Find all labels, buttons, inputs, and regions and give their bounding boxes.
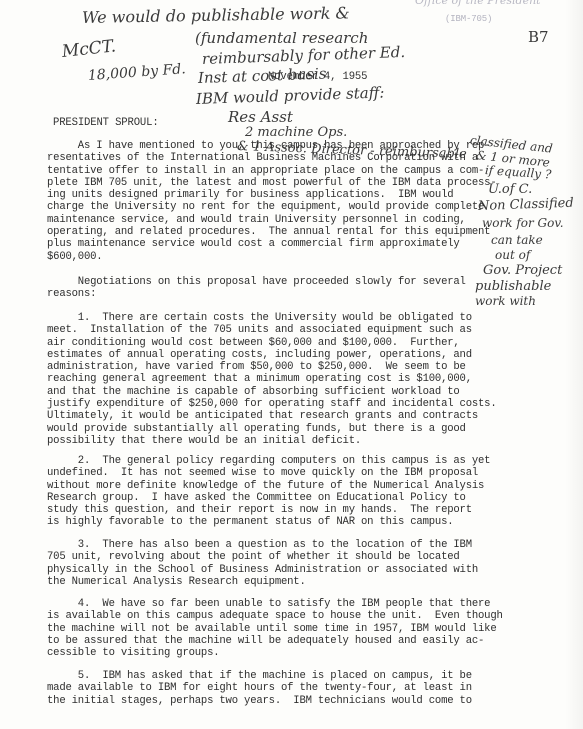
paragraph-point-4: 4. We have so far been unable to satisfy… [47,598,477,659]
handwritten-note: 18,000 by Fd. [87,61,186,84]
paragraph-negotiations: Negotiations on this proposal have proce… [47,276,477,301]
text-line: resentatives of the International Busine… [47,152,477,164]
text-line: and that the machine is capable of absor… [47,386,477,398]
handwritten-note: Res Asst [228,108,293,126]
margin-note: out of [495,248,530,262]
margin-note: Non Classified [478,196,574,214]
text-line: to be assured that the machine will be a… [47,635,477,647]
handwritten-note: 2 machine Ops. [245,125,347,140]
text-line: the machine will not be available until … [47,623,477,635]
text-line: estimates of annual operating costs, inc… [47,349,477,361]
text-line: the initial stages, perhaps two years. I… [47,695,477,707]
text-line: plus maintenance service would cost a co… [47,238,477,250]
handwritten-note: We would do publishable work & [82,3,350,27]
text-line: is highly favorable to the permanent sta… [47,516,477,528]
text-line: tentative offer to install in an appropr… [47,165,477,177]
corner-faint-note: Office of the President [415,0,541,7]
corner-label: (IBM-705) [445,13,492,25]
text-line: physically in the School of Business Adm… [47,564,477,576]
text-line: meet. Installation of the 705 units and … [47,324,477,336]
letter-date: November 4, 1955 [268,71,367,83]
text-line: undefined. It has not seemed wise to mov… [47,467,477,479]
margin-note: Gov. Project [483,263,562,278]
margin-note: work for Gov. [482,216,564,230]
text-line: without more definite knowledge of the f… [47,480,477,492]
text-line: reaching general agreement that a minimu… [47,373,477,385]
handwritten-note: IBM would provide staff: [196,83,385,108]
text-line: 4. We have so far been unable to satisfy… [47,598,477,610]
text-line: cessible to visiting groups. [47,647,477,659]
text-line: plete IBM 705 unit, the latest and most … [47,177,477,189]
paragraph-intro: As I have mentioned to you, this campus … [47,140,477,263]
text-line: study this question, and their report is… [47,504,477,516]
margin-note: can take [491,233,543,247]
document-page: Office of the President (IBM-705) B7 We … [0,0,583,729]
text-line: 2. The general policy regarding computer… [47,455,477,467]
paragraph-point-5: 5. IBM has asked that if the machine is … [47,670,477,707]
text-line: reasons: [47,288,477,300]
paragraph-point-1: 1. There are certain costs the Universit… [47,312,477,447]
text-line: possibility that there would be an initi… [47,435,477,447]
text-line: Ultimately, it would be anticipated that… [47,410,477,422]
text-line: Research group. I have asked the Committ… [47,492,477,504]
scan-edge-shadow [565,0,583,729]
text-line: 705 unit, revolving about the point of w… [47,551,477,563]
text-line: As I have mentioned to you, this campus … [47,140,477,152]
text-line: maintenance service, and would train Uni… [47,214,477,226]
text-line: charge the University no rent for the eq… [47,201,477,213]
text-line: justify expenditure of $250,000 for oper… [47,398,477,410]
text-line: air conditioning would cost between $60,… [47,337,477,349]
margin-note: work with [475,294,536,308]
text-line: the Numerical Analysis Research equipmen… [47,576,477,588]
paragraph-point-2: 2. The general policy regarding computer… [47,455,477,529]
text-line: is available on this campus adequate spa… [47,610,477,622]
text-line: $600,000. [47,251,477,263]
paragraph-point-3: 3. There has also been a question as to … [47,539,477,588]
text-line: 1. There are certain costs the Universit… [47,312,477,324]
text-line: made available to IBM for eight hours of… [47,682,477,694]
text-line: operating, and related procedures. The a… [47,226,477,238]
text-line: would provide substantially all operatin… [47,423,477,435]
text-line: 3. There has also been a question as to … [47,539,477,551]
salutation: PRESIDENT SPROUL: [53,117,159,129]
margin-note: publishable [475,279,551,294]
text-line: administration, have varied from $50,000… [47,361,477,373]
handwritten-note: McCT. [61,36,117,62]
text-line: ing units designed primarily for busines… [47,189,477,201]
page-mark: B7 [528,28,549,46]
text-line: 5. IBM has asked that if the machine is … [47,670,477,682]
text-line: Negotiations on this proposal have proce… [47,276,477,288]
